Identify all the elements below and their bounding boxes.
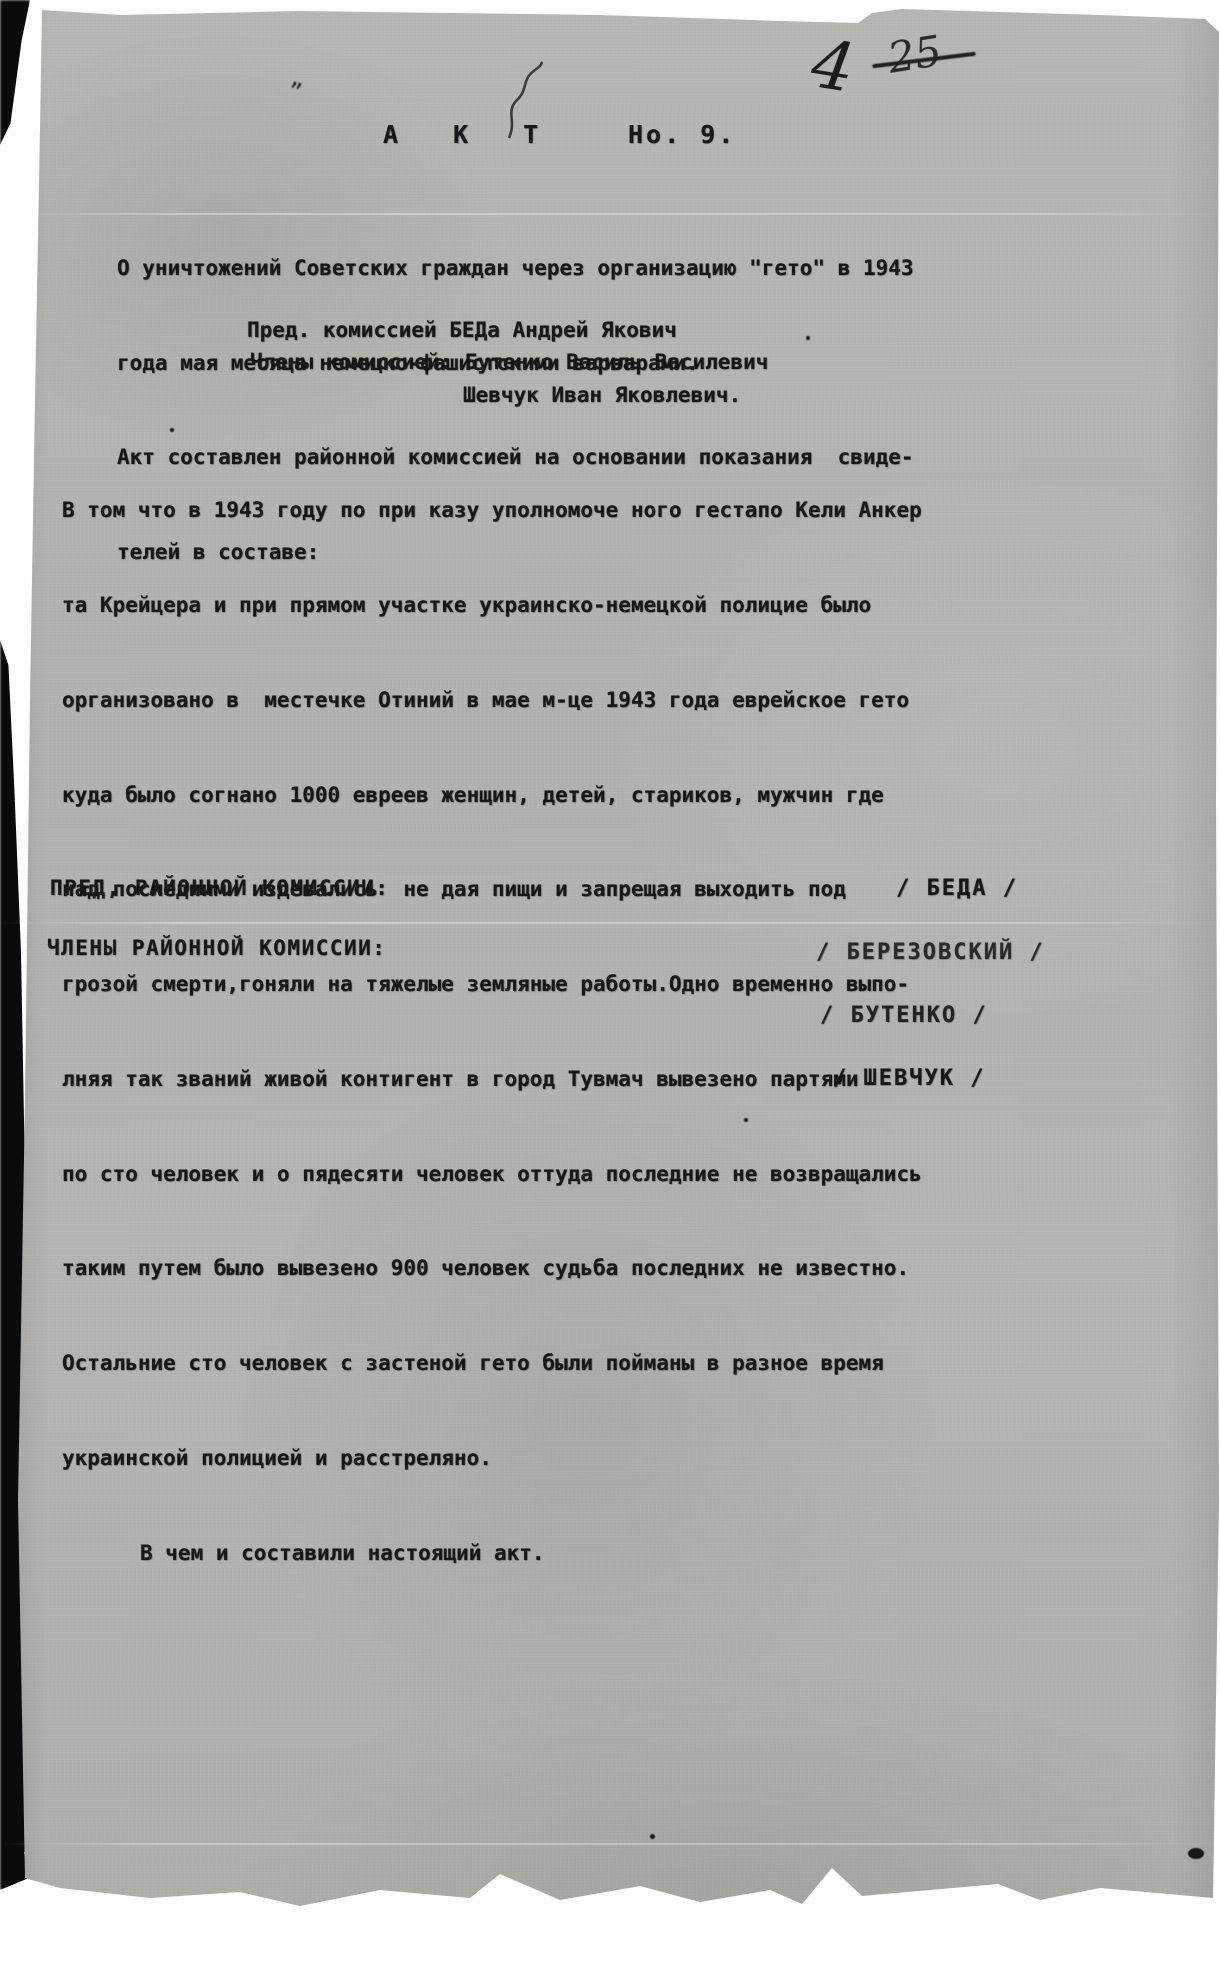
signature-label-chairman: ПРЕД, РАЙОННОЙ КОМИССИИ:	[50, 876, 389, 900]
scan-edge-artifact-top-left	[0, 0, 30, 145]
commission-chairman-line: Пред. комиссией БЕДа Андрей Якович	[247, 318, 677, 342]
document-line: по сто человек и о пядесяти человек отту…	[62, 1159, 922, 1191]
commission-members-line: Члены комиссией: Бутенко Василь Василеви…	[250, 350, 768, 374]
document-line: организовано в местечке Отиний в мае м-ц…	[62, 685, 922, 717]
document-line: лняя так званий живой контигент в город …	[62, 1064, 922, 1096]
document-line: украинской полицией и расстреляно.	[62, 1443, 922, 1475]
scanned-document-page: 4 25 ” А К Т Но. 9. О уничтожений Советс…	[0, 0, 1220, 1965]
document-line: Остальние сто человек с застеной гето бы…	[62, 1348, 922, 1380]
signature-name: / БУТЕНКО /	[820, 1003, 988, 1028]
signature-name: / ШЕВЧУК /	[833, 1066, 985, 1091]
signature-name: / БЕДА /	[896, 876, 1018, 901]
stray-pen-squiggle	[495, 60, 555, 140]
document-number: Но. 9.	[628, 120, 736, 149]
ink-speck	[650, 1834, 655, 1839]
paper-crease	[0, 1843, 1220, 1845]
signature-name: / БЕРЕЗОВСКИЙ /	[816, 940, 1045, 965]
document-line: О уничтожений Советских граждан через ор…	[117, 253, 914, 285]
document-line: та Крейцера и при прямом участке украинс…	[62, 590, 922, 622]
commission-member2-line: Шевчук Иван Яковлевич.	[463, 383, 741, 407]
handwritten-crossed-number: 25	[884, 26, 944, 83]
body-paragraph: В том что в 1943 году по при казу уполно…	[62, 432, 922, 1633]
document-line: таким путем было вывезено 900 человек су…	[62, 1253, 922, 1285]
document-closing-line: В чем и составили настоящий акт.	[62, 1538, 922, 1570]
signature-label-members: ЧЛЕНЫ РАЙОННОЙ КОМИССИИ:	[47, 936, 386, 960]
document-line: В том что в 1943 году по при казу уполно…	[62, 495, 922, 527]
ink-speck	[1188, 1848, 1204, 1859]
document-line: куда было согнано 1000 евреев женщин, де…	[62, 780, 922, 812]
document-line: грозой смерти,гоняли на тяжелые земляные…	[62, 969, 922, 1001]
